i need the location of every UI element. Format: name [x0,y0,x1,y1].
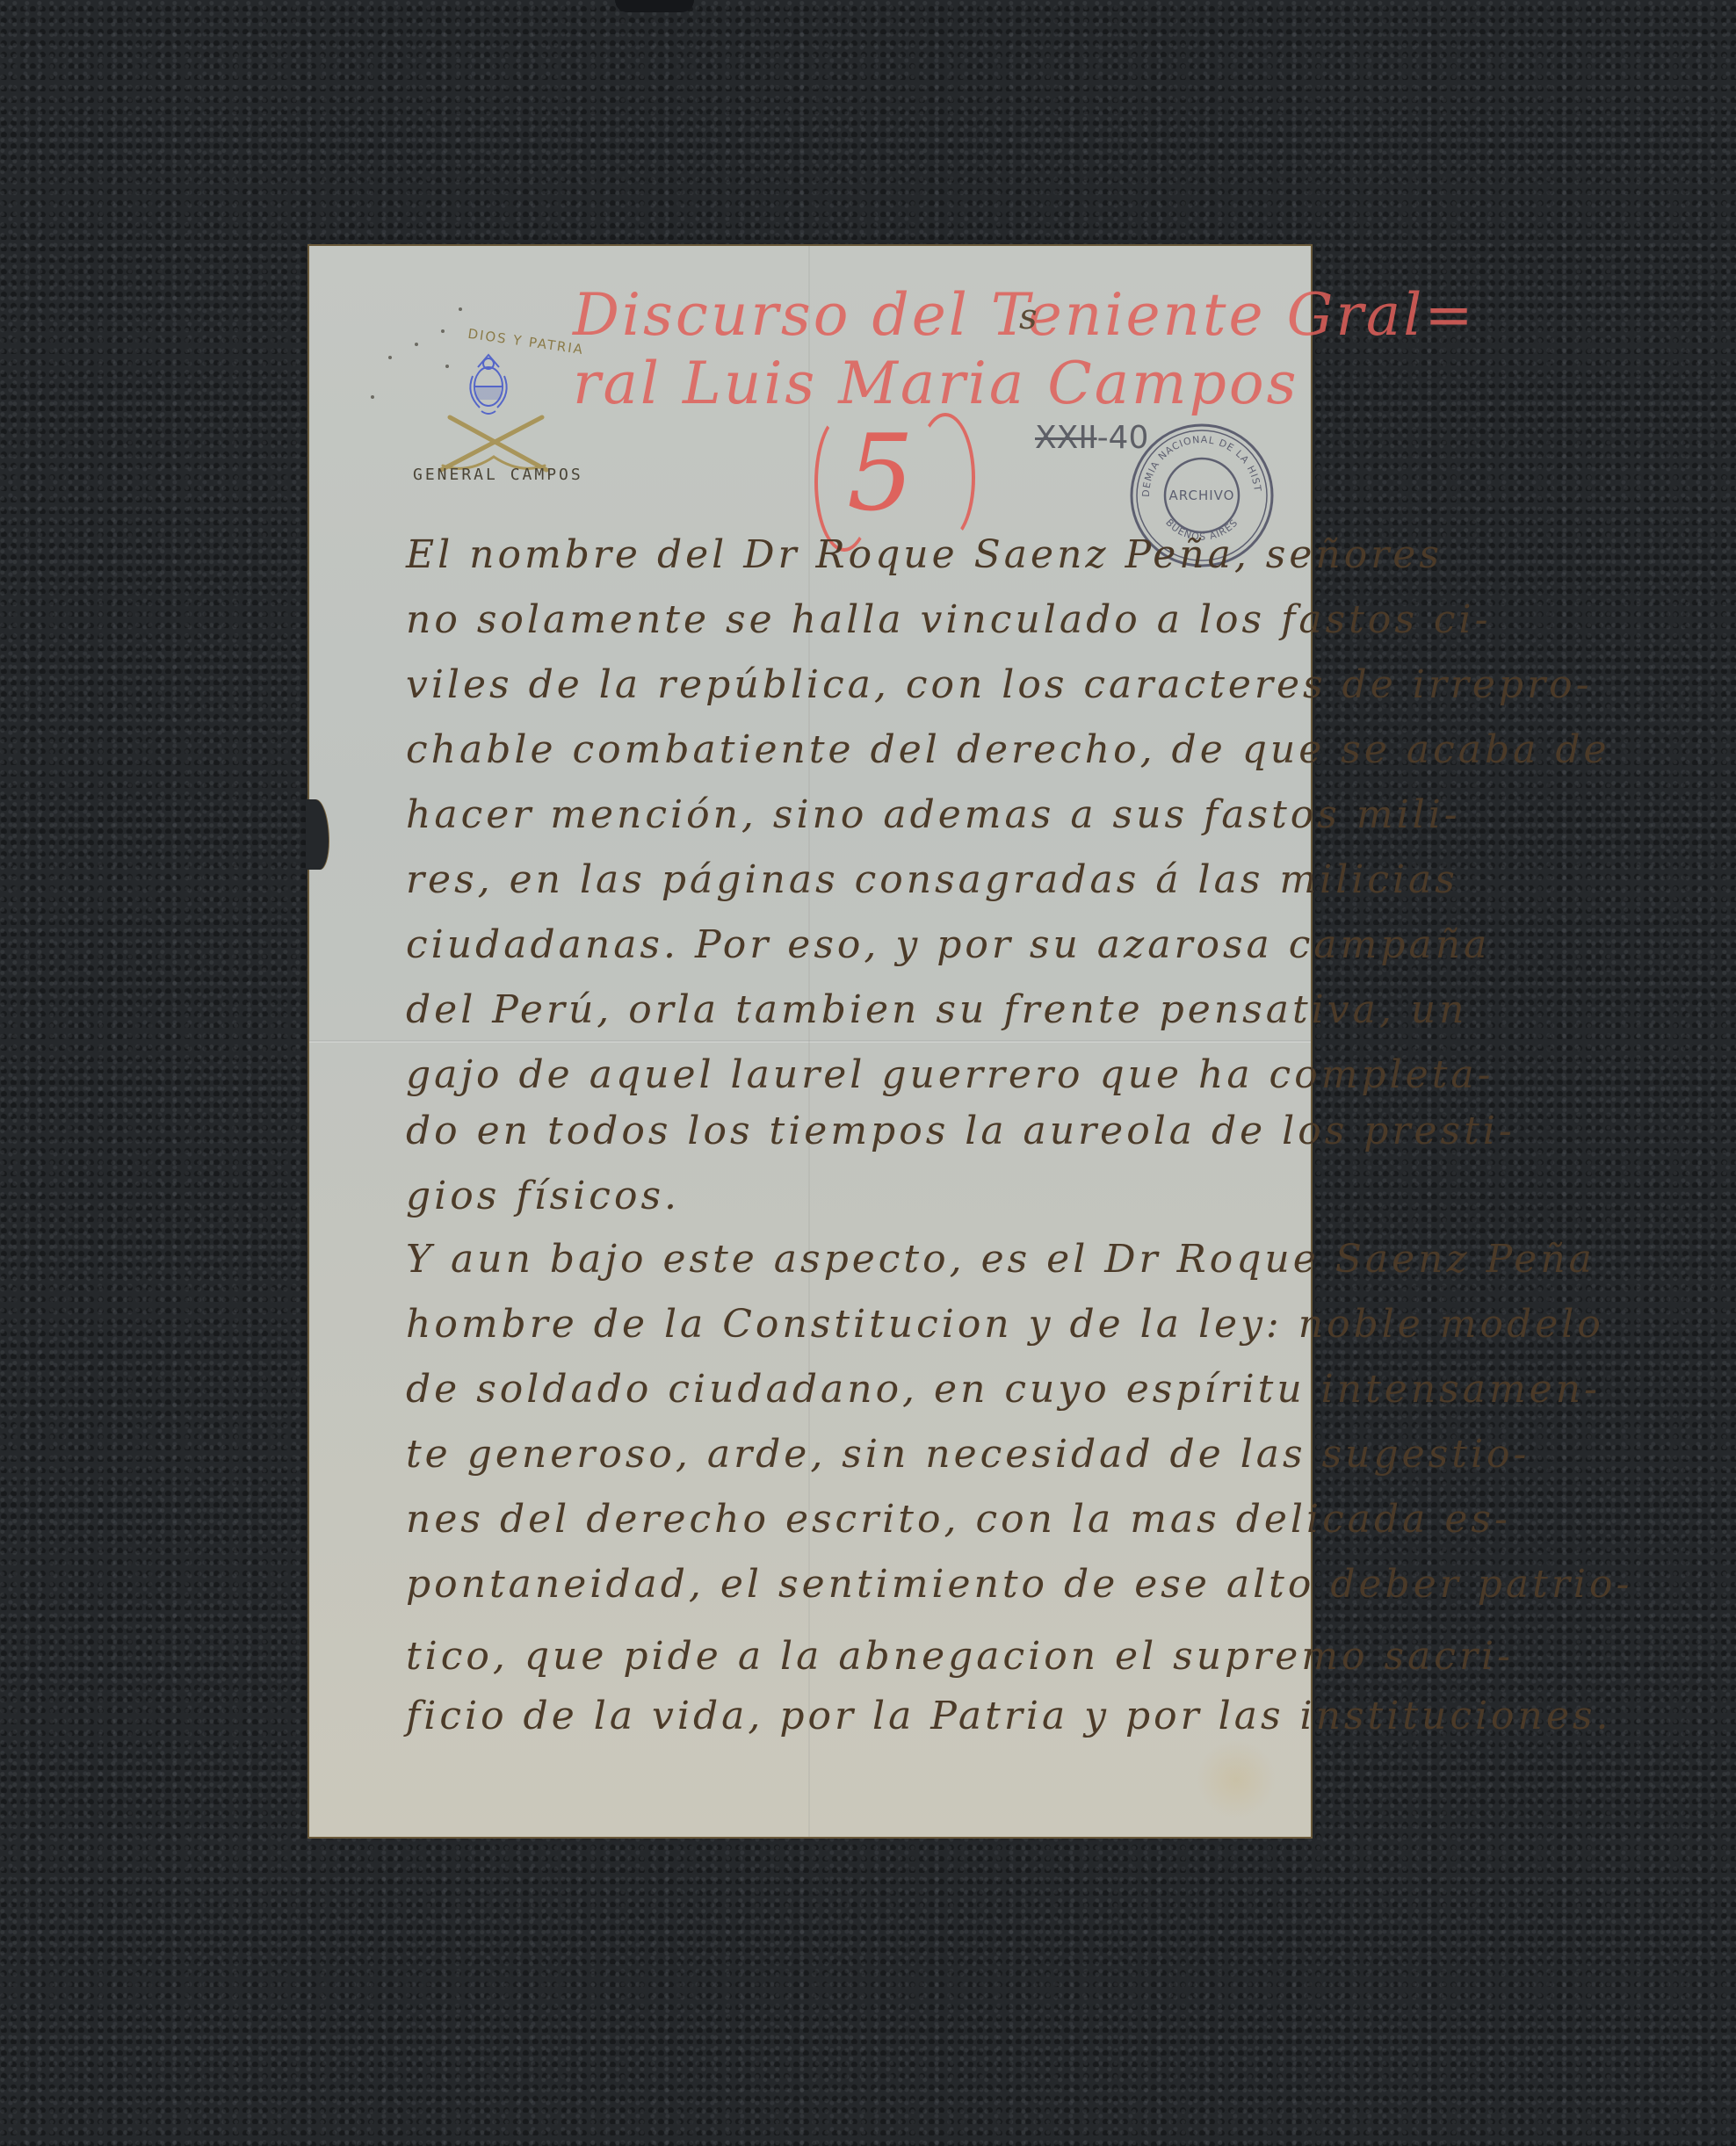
top-edge-shadow [615,0,694,12]
paper-stain [1197,1740,1276,1819]
body-line: tico, que pide a la abnegacion el suprem… [406,1637,1293,1676]
body-line: res, en las páginas consagradas á las mi… [406,861,1293,900]
body-line: no solamente se halla vinculado a los fa… [406,601,1293,639]
body-line: nes del derecho escrito, con la mas deli… [406,1500,1293,1539]
annotation-title-line-2: ral Luis Maria Campos [573,350,1298,417]
body-line: chable combatiente del derecho, de que s… [406,731,1293,770]
annotation-mark: s [1019,297,1038,337]
body-line: de soldado ciudadano, en cuyo espíritu i… [406,1370,1293,1409]
body-line: hacer mención, sino ademas a sus fastos … [406,796,1293,835]
body-line: viles de la república, con los caractere… [406,666,1293,704]
body-line: ciudadanas. Por eso, y por su azarosa ca… [406,926,1293,965]
body-line: gajo de aquel laurel guerrero que ha com… [406,1056,1293,1095]
letterhead-name: GENERAL CAMPOS [413,466,583,484]
torn-edge [306,799,329,870]
folio-paren-right [915,413,975,543]
folio-number: 5 [847,413,914,535]
letterhead: DIOS Y PATRIA GENERAL CAMPOS [397,281,590,492]
stamp-center: ARCHIVO [1169,488,1235,503]
body-line: Y aun bajo este aspecto, es el Dr Roque … [406,1240,1293,1279]
body-line: hombre de la Constitucion y de la ley: n… [406,1305,1293,1344]
body-line: ficio de la vida, por la Patria y por la… [406,1697,1293,1736]
body-line: te generoso, arde, sin necesidad de las … [406,1435,1293,1474]
body-line: El nombre del Dr Roque Saenz Peña, señor… [406,536,1293,574]
body-line: gios físicos. [406,1177,1293,1216]
letter-page: DIOS Y PATRIA GENERAL CAMPOS Discurso de… [309,246,1311,1837]
horizontal-fold-line [309,1040,1311,1043]
archive-signature-prefix: XXII [1035,420,1097,456]
body-line: pontaneidad, el sentimiento de ese alto … [406,1565,1293,1604]
coat-of-arms-icon [460,350,517,420]
body-line: del Perú, orla tambien su frente pensati… [406,991,1293,1030]
body-line: do en todos los tiempos la aureola de lo… [406,1112,1293,1151]
